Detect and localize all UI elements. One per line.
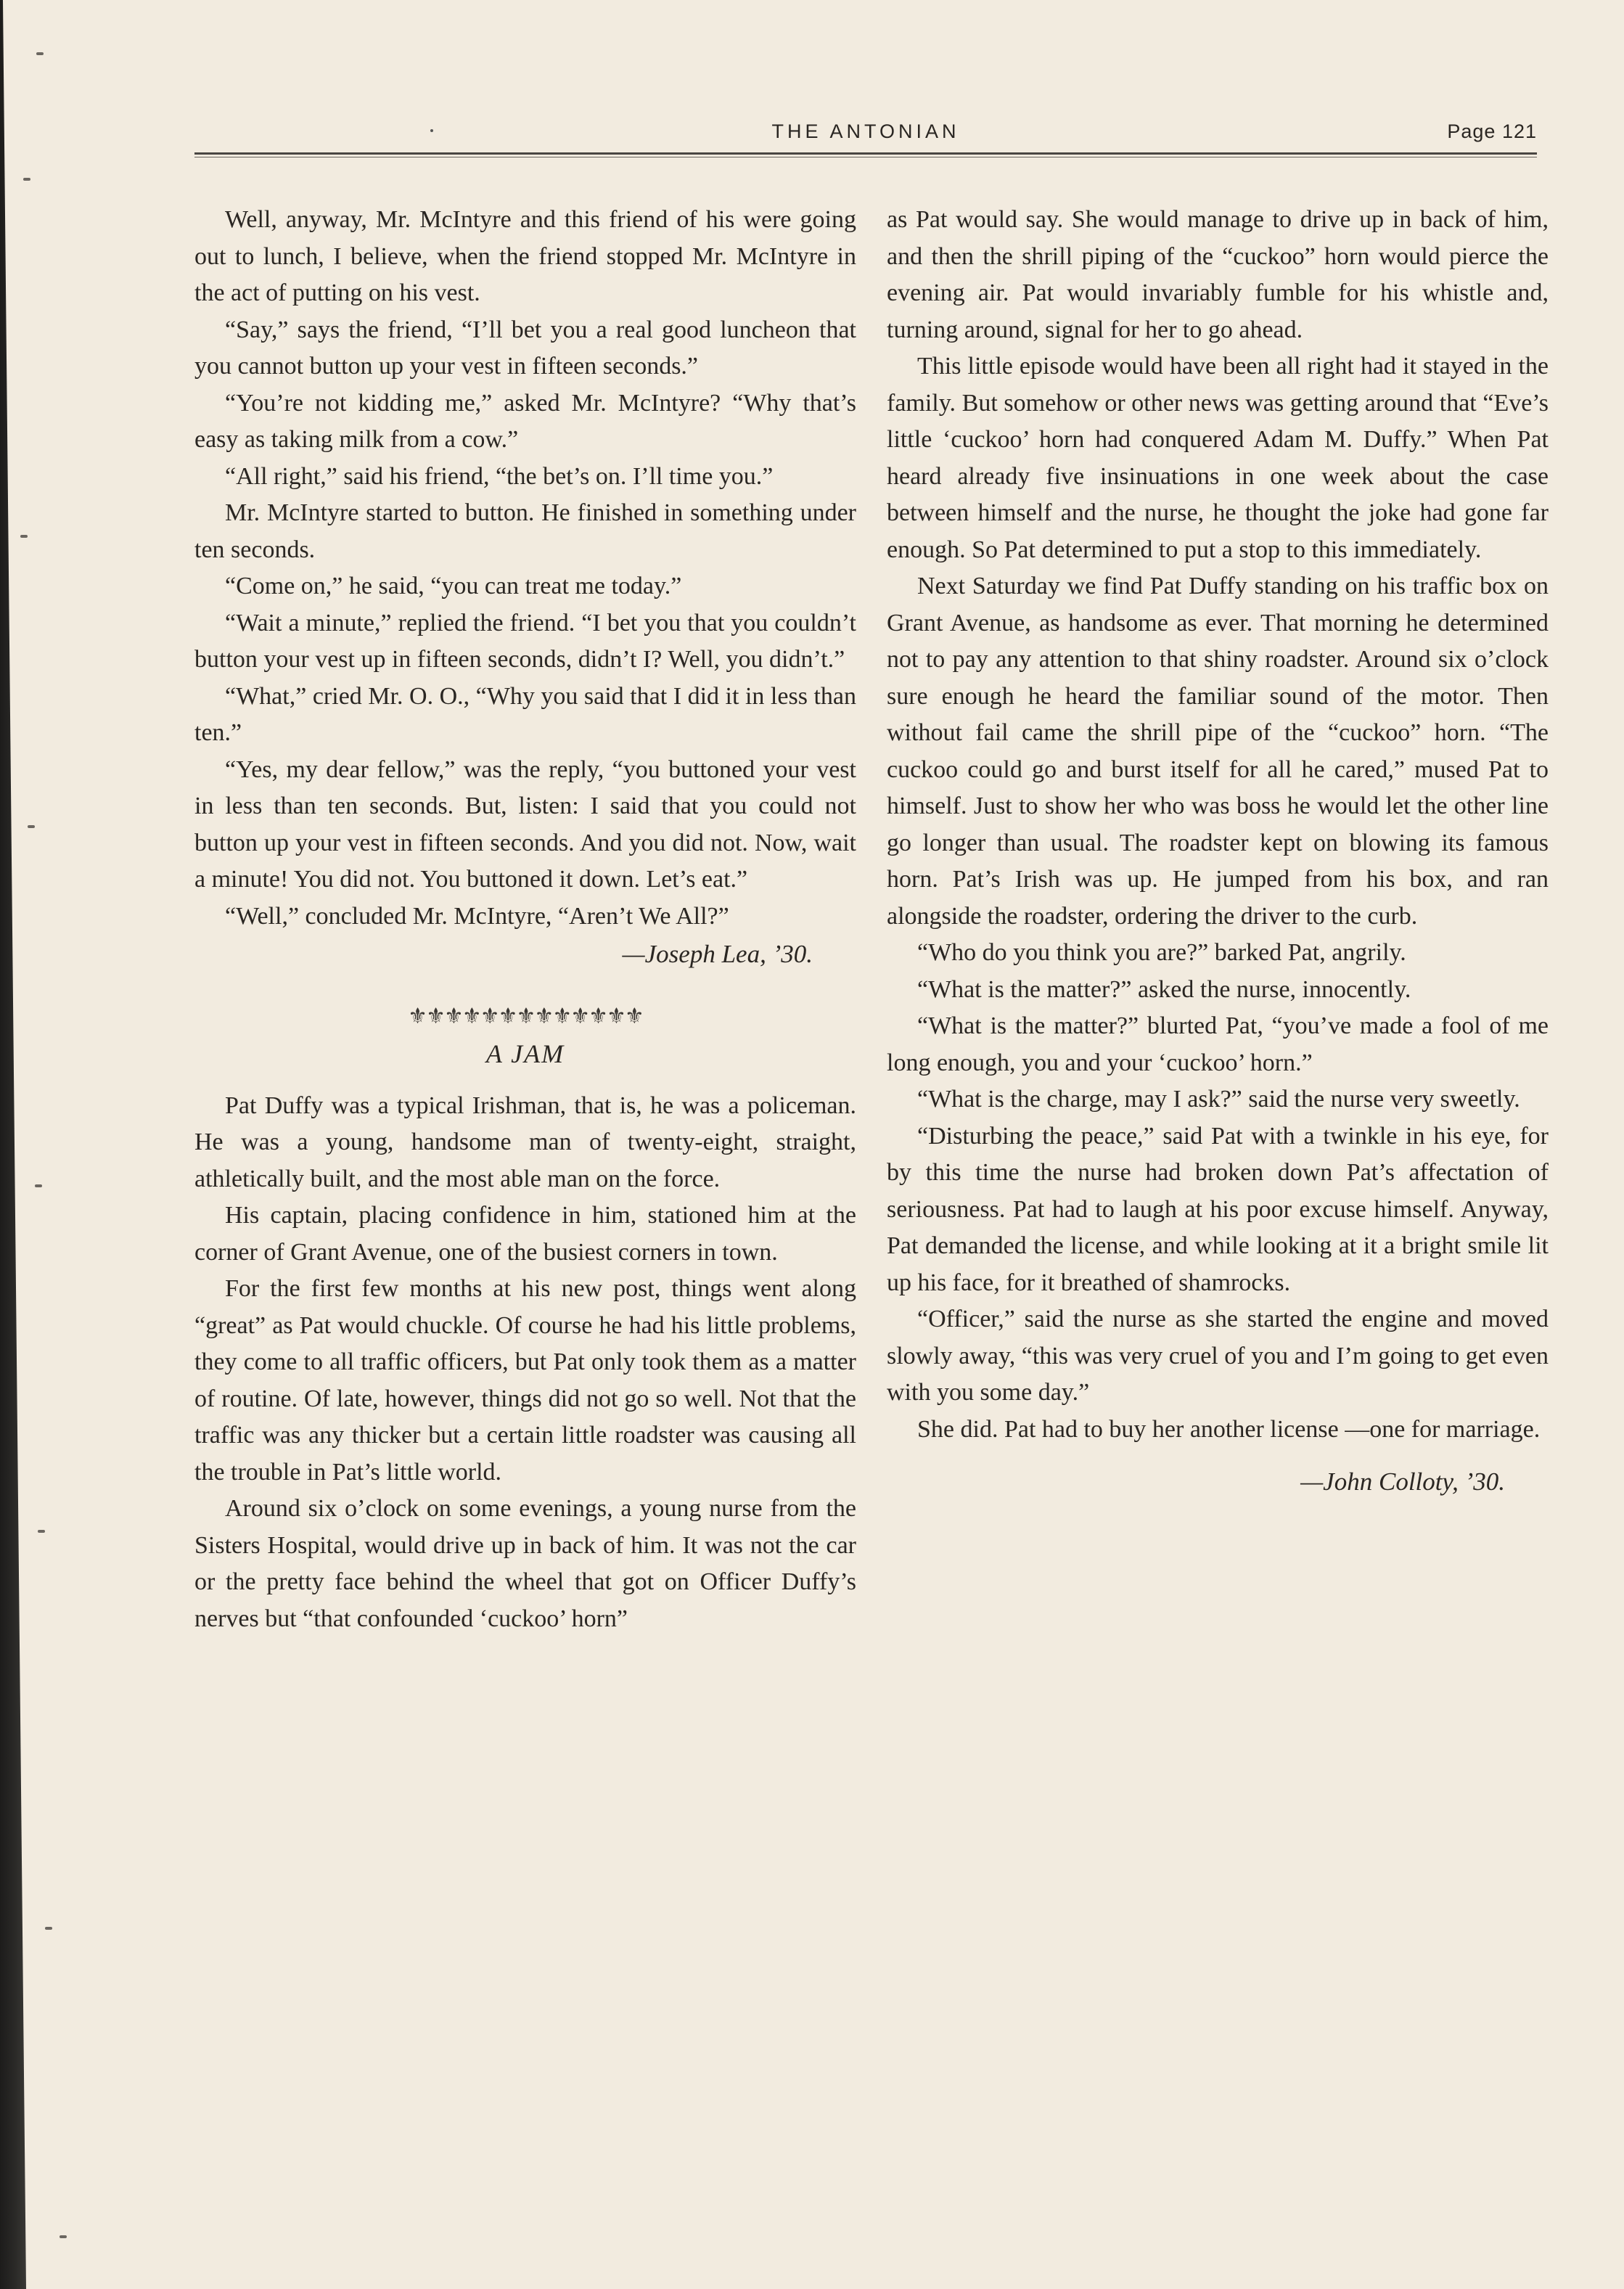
story1-paragraph: “You’re not kidding me,” asked Mr. McInt… (194, 385, 856, 459)
story2-paragraph: “Officer,” said the nurse as she started… (887, 1301, 1549, 1412)
story1-paragraph: “All right,” said his friend, “the bet’s… (194, 459, 856, 496)
story2-paragraph: This little episode would have been all … (887, 348, 1549, 568)
story2-paragraph: Around six o’clock on some evenings, a y… (194, 1491, 856, 1637)
story1-byline: —Joseph Lea, ’30. (194, 936, 813, 973)
story1-paragraph: “Wait a minute,” replied the friend. “I … (194, 605, 856, 679)
story1-paragraph: Mr. McIntyre started to button. He finis… (194, 495, 856, 568)
story1-paragraph: Well, anyway, Mr. McIntyre and this frie… (194, 202, 856, 312)
story2-paragraph: Pat Duffy was a typical Irishman, that i… (194, 1088, 856, 1198)
page-header: THE ANTONIAN Page 121 (194, 116, 1537, 160)
story1-paragraph: “Come on,” he said, “you can treat me to… (194, 568, 856, 605)
story1-paragraph: “What,” cried Mr. O. O., “Why you said t… (194, 679, 856, 752)
story2-paragraph: She did. Pat had to buy her another lice… (887, 1412, 1549, 1449)
story2-paragraph: “Who do you think you are?” barked Pat, … (887, 935, 1549, 972)
story1-paragraph: “Yes, my dear fellow,” was the reply, “y… (194, 752, 856, 898)
fleuron-divider-icon: ⚜⚜⚜⚜⚜⚜⚜⚜⚜⚜⚜⚜⚜ (194, 1002, 856, 1031)
publication-title: THE ANTONIAN (194, 120, 1537, 143)
book-binding-edge (0, 0, 26, 2289)
story2-byline: —John Colloty, ’30. (887, 1464, 1505, 1501)
story2-paragraph: His captain, placing confidence in him, … (194, 1197, 856, 1271)
story2-paragraph: Next Saturday we find Pat Duffy standing… (887, 568, 1549, 935)
right-column: as Pat would say. She would manage to dr… (887, 202, 1549, 1501)
story2-paragraph: For the first few months at his new post… (194, 1271, 856, 1491)
page-number: Page 121 (1447, 120, 1537, 143)
story2-paragraph: “What is the charge, may I ask?” said th… (887, 1081, 1549, 1118)
story2-paragraph: “What is the matter?” asked the nurse, i… (887, 972, 1549, 1009)
header-rule (194, 152, 1537, 157)
story1-paragraph: “Say,” says the friend, “I’ll bet you a … (194, 312, 856, 385)
story1-paragraph: “Well,” concluded Mr. McIntyre, “Aren’t … (194, 898, 856, 935)
story2-title: A JAM (194, 1036, 856, 1072)
left-column: Well, anyway, Mr. McIntyre and this frie… (194, 202, 856, 1637)
story2-continuation: as Pat would say. She would manage to dr… (887, 202, 1549, 348)
story2-paragraph: “Disturbing the peace,” said Pat with a … (887, 1118, 1549, 1302)
story2-paragraph: “What is the matter?” blurted Pat, “you’… (887, 1008, 1549, 1081)
